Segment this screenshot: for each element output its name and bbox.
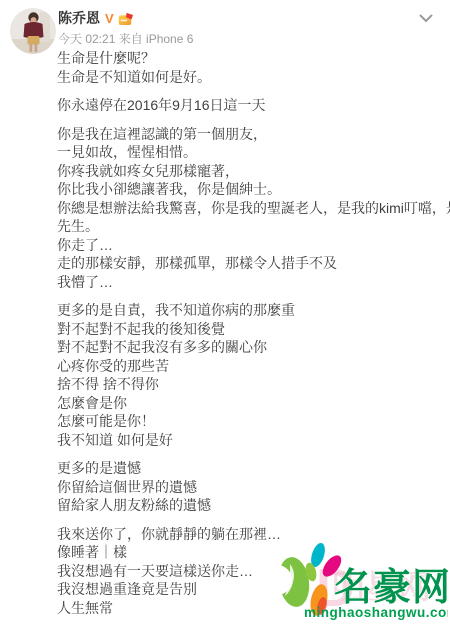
- post-text-line: 你永遠停在2016年9月16日這一天: [57, 96, 444, 115]
- post-text-line: 我來送你了，你就靜靜的躺在那裡…: [57, 525, 444, 544]
- post-paragraph: 更多的是遺憾你留給這個世界的遺憾留給家人朋友粉絲的遺憾: [57, 459, 444, 515]
- post-text-line: 生命是什麼呢？: [57, 49, 444, 68]
- watermark-site-name: 名豪网: [334, 567, 448, 609]
- post-text-line: 你留給這個世界的遺憾: [57, 478, 444, 497]
- post-text-line: 我不知道 如何是好: [57, 431, 444, 450]
- post-paragraph: 更多的是自責，我不知道你病的那麼重對不起對不起我的後知後覺對不起對不起我沒有多多…: [57, 301, 444, 449]
- timestamp: 今天 02:21 来自 iPhone 6: [58, 32, 193, 46]
- post-paragraph: 你永遠停在2016年9月16日這一天: [57, 96, 444, 115]
- post-text-line: 留給家人朋友粉絲的遺憾: [57, 496, 444, 515]
- membership-badge-icon: [118, 12, 134, 26]
- post-text-line: 你走了…: [57, 236, 444, 255]
- post-paragraph: 你是我在這裡認識的第一個朋友，一見如故，惺惺相惜。你疼我就如疼女兒那樣寵著，你比…: [57, 125, 444, 292]
- post-text-line: 捨不得 捨不得你: [57, 375, 444, 394]
- post-text-line: 先生。: [57, 217, 444, 236]
- post-paragraph: 生命是什麼呢？生命是不知道如何是好。: [57, 49, 444, 86]
- post-text-line: 你是我在這裡認識的第一個朋友，: [57, 125, 444, 144]
- post-text-line: 你總是想辦法給我驚喜，你是我的聖誕老人，是我的kimi叮噹，是大家的有求必應: [57, 199, 444, 218]
- post-text-line: 怎麼會是你: [57, 394, 444, 413]
- verified-v-icon: V: [105, 11, 114, 26]
- weibo-post-card: 陈乔恩 V 今天 02:21 来自 iPhone 6: [0, 0, 450, 624]
- watermark-site-url: minghaoshangwu.com: [304, 605, 448, 620]
- post-text-line: 一見如故，惺惺相惜。: [57, 143, 444, 162]
- post-text-line: 更多的是遺憾: [57, 459, 444, 478]
- username[interactable]: 陈乔恩: [58, 10, 100, 27]
- post-text-line: 我懵了…: [57, 273, 444, 292]
- watermark-logo: D 明星网 名豪网 minghaoshangwu.com: [270, 542, 448, 622]
- avatar-photo: [10, 8, 56, 54]
- post-text-line: 怎麼可能是你！: [57, 412, 444, 431]
- post-text-line: 更多的是自責，我不知道你病的那麼重: [57, 301, 444, 320]
- post-content: 生命是什麼呢？生命是不知道如何是好。你永遠停在2016年9月16日這一天你是我在…: [57, 49, 444, 617]
- post-text-line: 心疼你受的那些苦: [57, 357, 444, 376]
- avatar[interactable]: [10, 8, 56, 54]
- user-block: 陈乔恩 V 今天 02:21 来自 iPhone 6: [58, 10, 193, 46]
- post-text-line: 對不起對不起我沒有多多的關心你: [57, 338, 444, 357]
- post-text-line: 對不起對不起我的後知後覺: [57, 320, 444, 339]
- post-text-line: 你疼我就如疼女兒那樣寵著，: [57, 162, 444, 181]
- post-text-line: 生命是不知道如何是好。: [57, 68, 444, 87]
- chevron-down-icon[interactable]: [418, 12, 434, 24]
- post-text-line: 你比我小卻總讓著我，你是個紳士。: [57, 180, 444, 199]
- post-text-line: 走的那樣安靜，那樣孤單，那樣令人措手不及: [57, 254, 444, 273]
